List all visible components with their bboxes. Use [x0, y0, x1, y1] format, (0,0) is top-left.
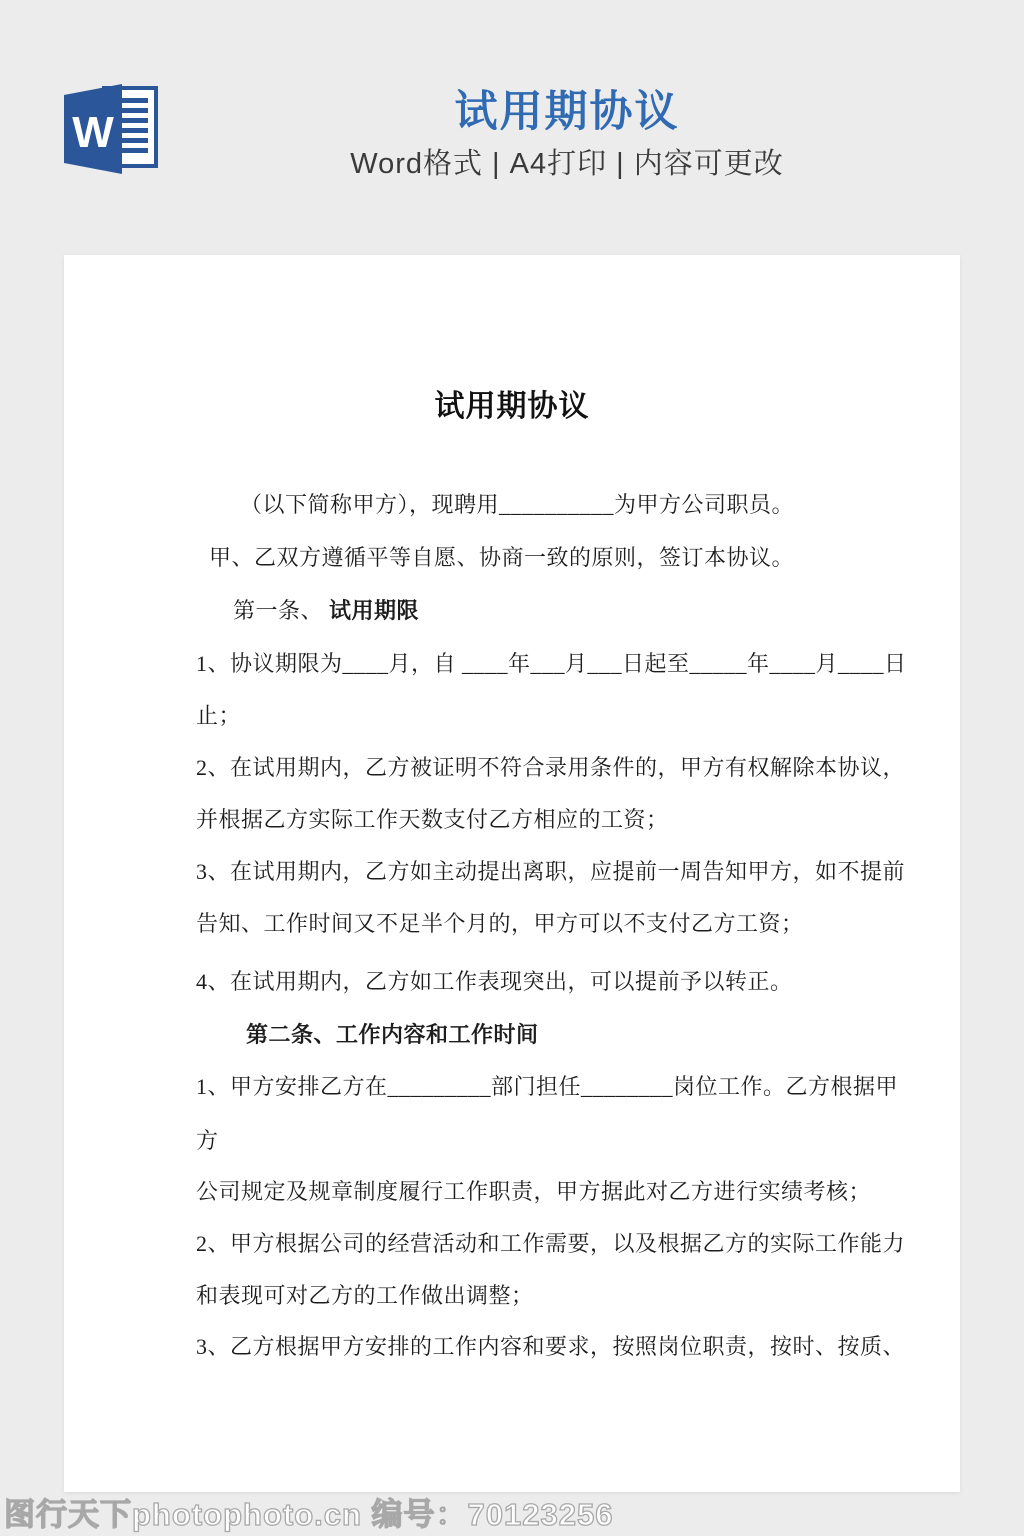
template-title: 试用期协议	[110, 88, 1024, 136]
doc-line: 第二条、工作内容和工作时间	[246, 1020, 539, 1050]
document-page: 试用期协议 （以下简称甲方），现聘用__________为甲方公司职员。甲、乙双…	[64, 255, 960, 1492]
doc-line: （以下简称甲方），现聘用__________为甲方公司职员。	[240, 490, 794, 520]
doc-line: 3、乙方根据甲方安排的工作内容和要求，按照岗位职责，按时、按质、	[196, 1332, 905, 1362]
word-icon-letter: W	[72, 108, 114, 157]
doc-line: 告知、工作时间又不足半个月的，甲方可以不支付乙方工资；	[196, 909, 804, 939]
doc-line: 1、协议期限为____月，自 ____年___月___日起至_____年____…	[196, 649, 907, 679]
doc-line: 和表现可对乙方的工作做出调整；	[196, 1281, 534, 1311]
doc-line: 1、甲方安排乙方在_________部门担任________岗位工作。乙方根据甲	[196, 1072, 898, 1102]
doc-line: 2、在试用期内，乙方被证明不符合录用条件的，甲方有权解除本协议，	[196, 753, 905, 783]
doc-line: 第一条、 试用期限	[233, 596, 419, 626]
doc-line: 公司规定及规章制度履行工作职责，甲方据此对乙方进行实绩考核；	[196, 1177, 871, 1207]
doc-line: 并根据乙方实际工作天数支付乙方相应的工资；	[196, 805, 669, 835]
template-preview-page: W 试用期协议 Word格式 | A4打印 | 内容可更改 试用期协议 （以下简…	[0, 0, 1024, 1536]
doc-line: 甲、乙双方遵循平等自愿、协商一致的原则，签订本协议。	[209, 543, 794, 573]
watermark-text: 图行天下photophoto.cn 编号：70123256	[4, 1489, 613, 1534]
doc-line: 止；	[196, 701, 241, 731]
template-subtitle: Word格式 | A4打印 | 内容可更改	[110, 149, 1024, 181]
document-title: 试用期协议	[64, 381, 960, 425]
header: 试用期协议 Word格式 | A4打印 | 内容可更改	[110, 88, 1024, 181]
doc-line: 2、甲方根据公司的经营活动和工作需要，以及根据乙方的实际工作能力	[196, 1229, 905, 1259]
doc-line: 3、在试用期内，乙方如主动提出离职，应提前一周告知甲方，如不提前	[196, 857, 905, 887]
doc-line: 4、在试用期内，乙方如工作表现突出，可以提前予以转正。	[196, 967, 793, 997]
doc-line: 方	[196, 1126, 219, 1156]
